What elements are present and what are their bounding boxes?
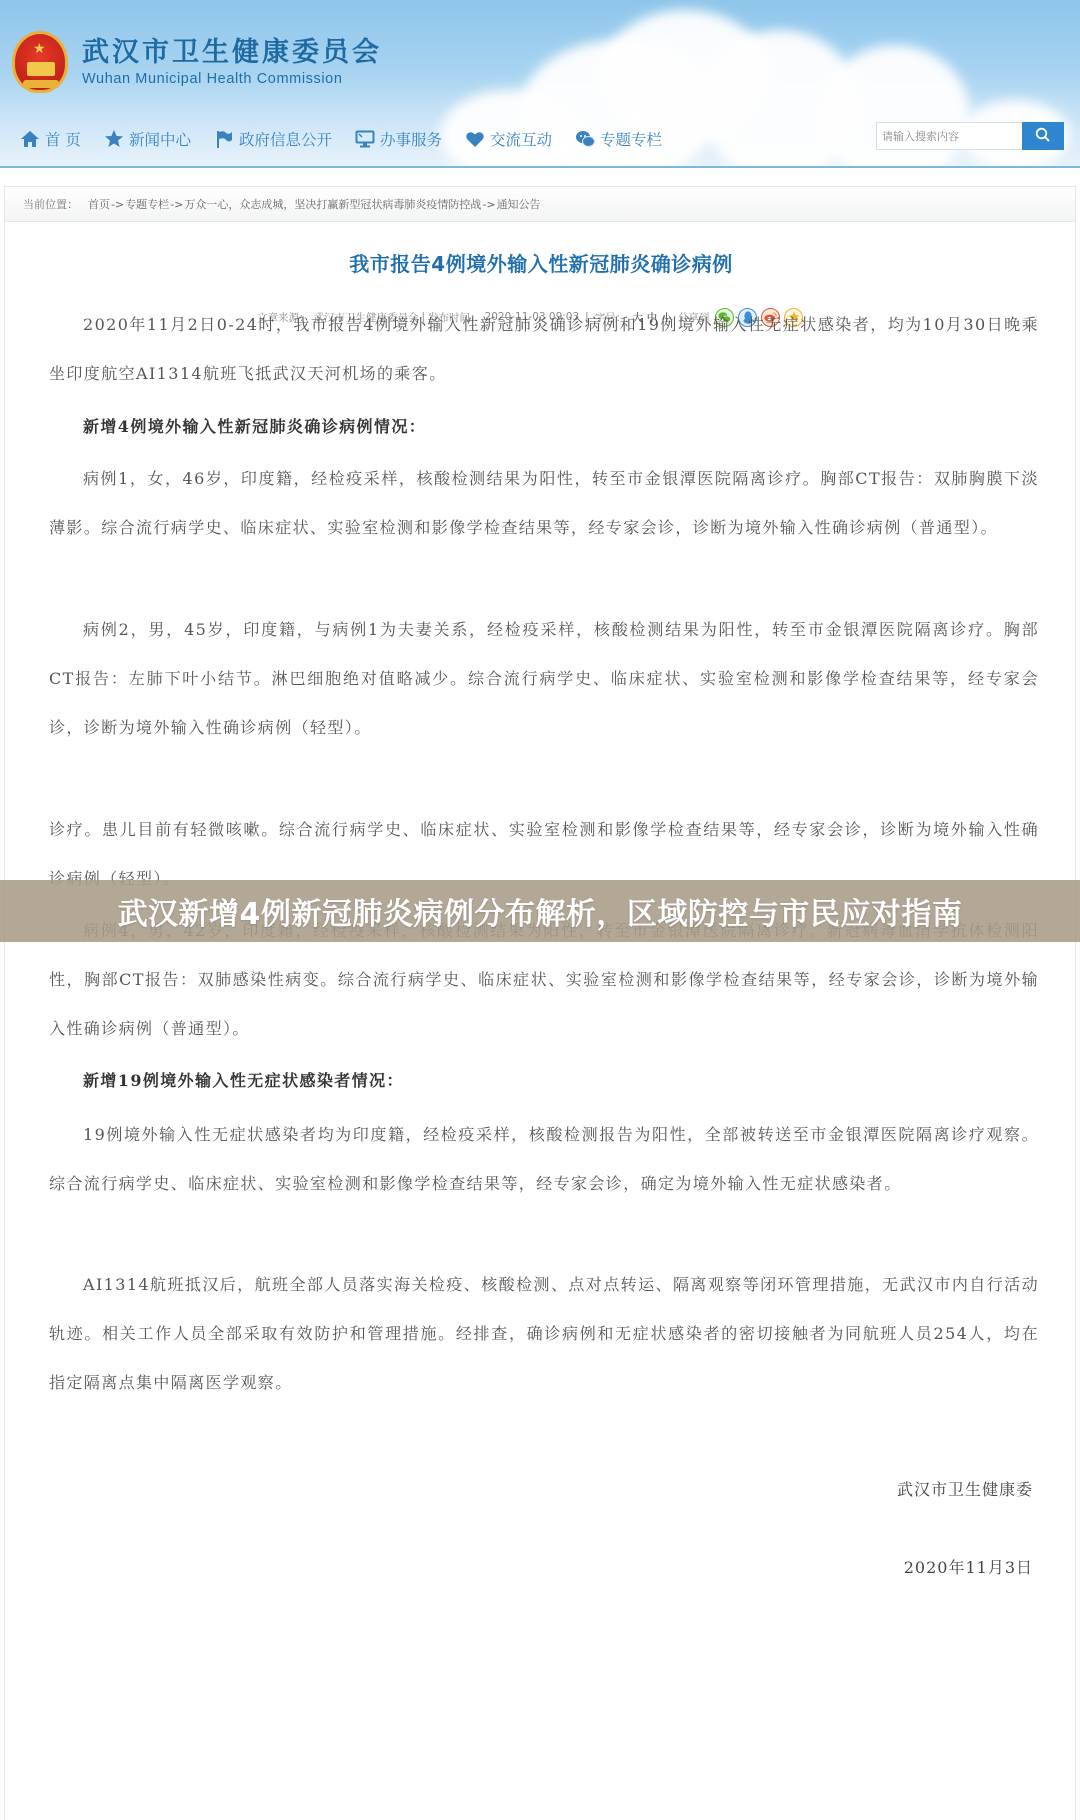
monitor-icon — [355, 129, 375, 149]
nav-label: 交流互动 — [490, 128, 552, 150]
nav-label: 政府信息公开 — [239, 128, 332, 150]
search-input[interactable] — [876, 122, 1022, 150]
nav-item-special-topics[interactable]: 专题专栏 — [575, 128, 662, 150]
star-icon — [104, 129, 124, 149]
article-paragraph-asymptomatic: 19例境外输入性无症状感染者均为印度籍，经检疫采样，核酸检测报告为阳性，全部被转… — [49, 1110, 1039, 1208]
site-search — [876, 122, 1064, 150]
breadcrumb-item-special-topics[interactable]: 专题专栏 — [125, 196, 169, 212]
breadcrumb-label: 当前位置： — [23, 196, 78, 212]
article-paragraph-case-1: 病例1，女，46岁，印度籍，经检疫采样，核酸检测结果为阳性，转至市金银潭医院隔离… — [49, 454, 1039, 552]
nav-item-services[interactable]: 办事服务 — [355, 128, 442, 150]
breadcrumb-separator: -> — [170, 198, 183, 211]
breadcrumb-separator: -> — [111, 198, 124, 211]
breadcrumb: 当前位置： 首页 -> 专题专栏 -> 万众一心，众志成城，坚决打赢新型冠状病毒… — [4, 186, 1076, 222]
overlay-headline-text: 武汉新增4例新冠肺炎病例分布解析，区域防控与市民应对指南 — [118, 889, 963, 933]
nav-label: 首 页 — [45, 128, 81, 150]
article-paragraph-flight: AI1314航班抵汉后，航班全部人员落实海关检疫、核酸检测、点对点转运、隔离观察… — [49, 1260, 1039, 1407]
search-icon — [1035, 127, 1051, 146]
org-name-en: Wuhan Municipal Health Commission — [82, 70, 382, 88]
section-heading-confirmed: 新增4例境外输入性新冠肺炎确诊病例情况： — [49, 402, 1039, 451]
site-header: ★ 武汉市卫生健康委员会 Wuhan Municipal Health Comm… — [0, 0, 1080, 168]
article-container: 我市报告4例境外输入性新冠肺炎确诊病例 文章来源： 武汉市卫生健康委员会 | 发… — [4, 222, 1076, 1820]
section-heading-asymptomatic: 新增19例境外输入性无症状感染者情况： — [49, 1056, 1039, 1105]
nav-label: 新闻中心 — [129, 128, 191, 150]
overlay-headline-banner: 武汉新增4例新冠肺炎病例分布解析，区域防控与市民应对指南 — [0, 880, 1080, 942]
org-name-cn: 武汉市卫生健康委员会 — [82, 36, 382, 70]
home-icon — [20, 129, 40, 149]
nav-label: 专题专栏 — [600, 128, 662, 150]
signature-org: 武汉市卫生健康委 — [897, 1477, 1033, 1500]
chat-bubbles-icon — [575, 129, 595, 149]
article-title: 我市报告4例境外输入性新冠肺炎确诊病例 — [5, 248, 1077, 277]
nav-item-news[interactable]: 新闻中心 — [104, 128, 191, 150]
nav-item-home[interactable]: 首 页 — [20, 128, 81, 150]
national-emblem-icon: ★ — [12, 31, 68, 93]
flag-icon — [214, 129, 234, 149]
nav-item-gov-info[interactable]: 政府信息公开 — [214, 128, 332, 150]
article-paragraph: 2020年11月2日0-24时，我市报告4例境外输入性新冠肺炎确诊病例和19例境… — [49, 300, 1039, 398]
breadcrumb-item-home[interactable]: 首页 — [88, 196, 110, 212]
site-logo[interactable]: ★ 武汉市卫生健康委员会 Wuhan Municipal Health Comm… — [12, 30, 382, 94]
breadcrumb-separator: -> — [482, 198, 495, 211]
main-nav: 首 页 新闻中心 政府信息公开 办事服务 交流互动 — [20, 124, 685, 154]
nav-label: 办事服务 — [380, 128, 442, 150]
search-button[interactable] — [1022, 122, 1064, 150]
nav-item-interaction[interactable]: 交流互动 — [465, 128, 552, 150]
heart-icon — [465, 129, 485, 149]
breadcrumb-item-notices[interactable]: 通知公告 — [497, 196, 541, 212]
signature-date: 2020年11月3日 — [904, 1555, 1033, 1578]
breadcrumb-item-covid-campaign[interactable]: 万众一心，众志成城，坚决打赢新型冠状病毒肺炎疫情防控战 — [184, 196, 481, 212]
article-paragraph-case-2: 病例2，男，45岁，印度籍，与病例1为夫妻关系，经检疫采样，核酸检测结果为阳性，… — [49, 605, 1039, 752]
